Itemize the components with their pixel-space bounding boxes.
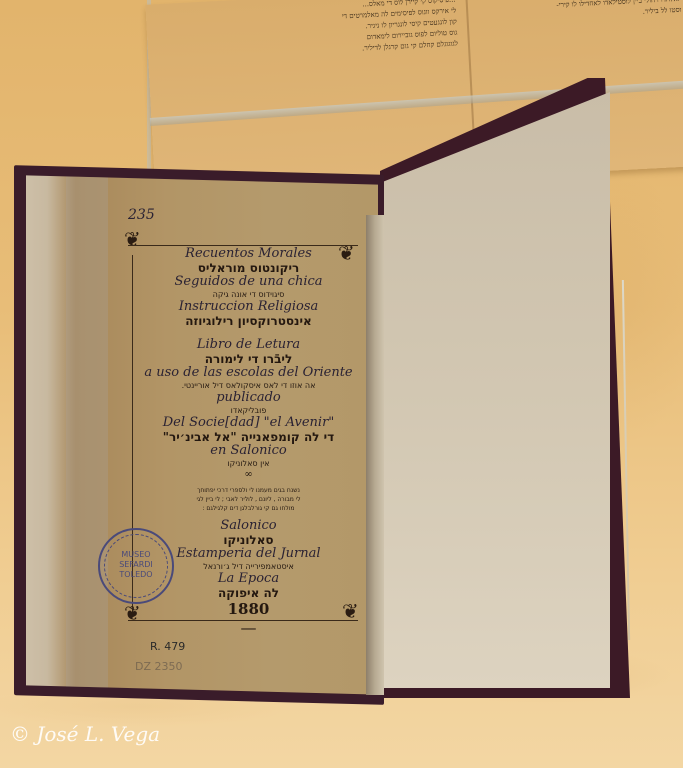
printed-subtitle: די לה קומפאנייה "אל אבינ׳יר" (136, 430, 361, 444)
frame-rule (128, 620, 358, 621)
printed-subtitle: אין סאלוניקו (136, 458, 361, 469)
small-print: נשנח בגים מעמנו לי ולספרי דרכי יפתוחך (136, 486, 361, 495)
stamp-ring (104, 534, 168, 598)
museum-stamp: MUSEO SEFARDI TOLEDO (98, 528, 174, 604)
repair-tape (66, 176, 108, 687)
printed-subtitle: אינסטרוקסיון רילוגיוזה (136, 314, 361, 328)
title-page: 235 ❦ ❦ Recuentos Morales ריקונטוס מוראל… (116, 205, 371, 685)
handwritten-subtitle: Seguidos de una chica (136, 275, 361, 289)
handwritten-subtitle: Libro de Letura (136, 338, 361, 352)
handwritten-subtitle: a uso de las escolas del Oriente (136, 366, 361, 380)
handwritten-subtitle: publicado (136, 391, 361, 405)
handwritten-city: Salonico (136, 519, 361, 533)
photographer-watermark: © José L. Vega (10, 722, 160, 746)
corner-ornament-icon: ❦ (124, 601, 141, 625)
background-document-text-right: ...קי פוקו קוסטס לי לאלחדו רחולי ביין לו… (480, 0, 681, 26)
printed-newspaper: לה איפוקה (136, 586, 361, 600)
blank-endpaper (384, 92, 610, 688)
handwritten-subtitle: Del Socie[dad] "el Avenir" (136, 416, 361, 430)
printed-subtitle: ליבֿרו די לימורה (136, 352, 361, 366)
pencil-mark: DZ 2350 (135, 660, 183, 673)
handwritten-title: Recuentos Morales (136, 247, 361, 261)
divider-ornament: ∞ (136, 469, 361, 480)
small-print: מולחו גם קי גורלבלגן דים קלגילגם : (136, 504, 361, 513)
small-print: לי מבורה , ליונם , לוליר לאבי ; לי ביין … (136, 495, 361, 504)
accession-number: 235 (128, 207, 155, 223)
shelf-mark: R. 479 (150, 640, 185, 653)
handwritten-subtitle: en Salonico (136, 444, 361, 458)
background-document-text-left: ...פיסיקוס קי קיירן לוס די מאלס... לי אי… (216, 0, 459, 62)
printed-city: סאלוניקו (136, 533, 361, 547)
publication-year: 1880 (136, 600, 361, 618)
handwritten-subtitle: Instruccion Religiosa (136, 300, 361, 314)
printed-title: ריקונטוס מוראליס (136, 261, 361, 275)
